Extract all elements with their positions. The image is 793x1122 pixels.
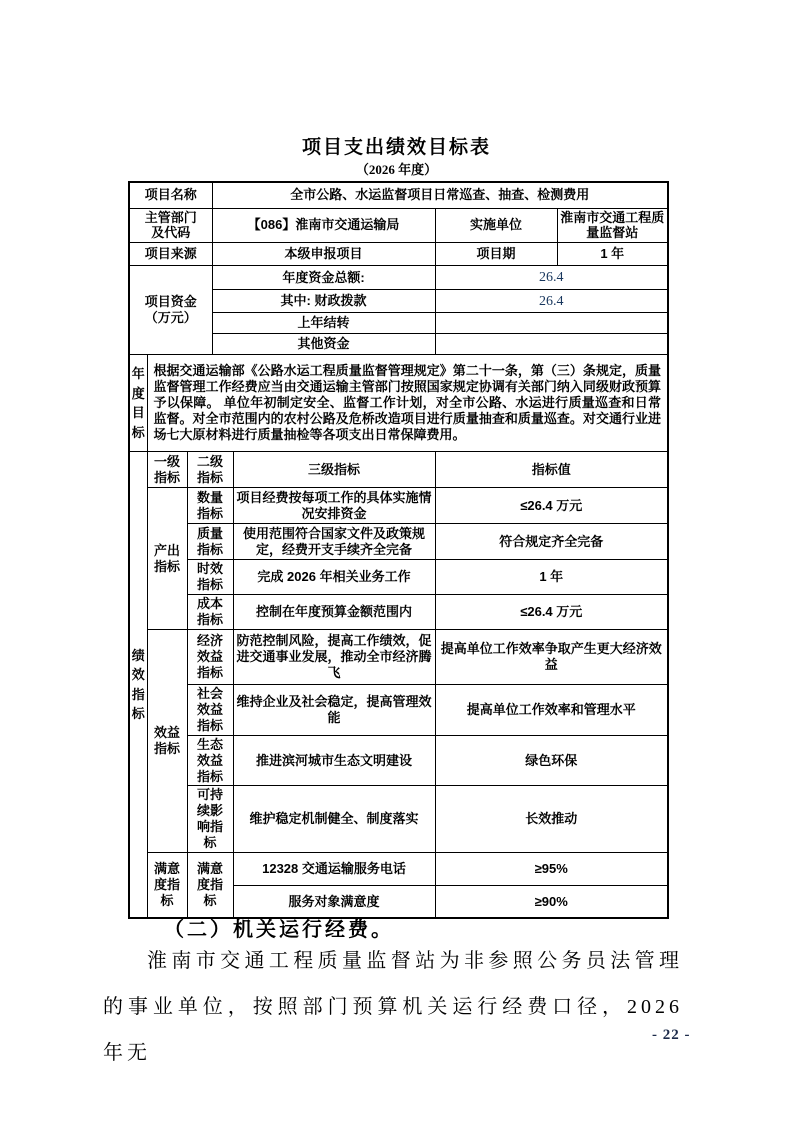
hotline-l3-cell: 12328 交通运输服务电话 [233,852,435,885]
annual-goal-label-cell: 年 度 目 标 [129,355,147,452]
funds-fiscal-value-cell: 26.4 [435,290,668,313]
section-paragraph: 淮南市交通工程质量监督站为非参照公务员法管理的事业单位，按照部门预算机关运行经费… [103,938,683,1076]
funds-total-value-cell: 26.4 [435,266,668,290]
satisfaction-l2-cell: 满意 度指 标 [187,852,233,918]
timeliness-l2-cell: 时效 指标 [187,560,233,595]
economic-value-cell: 提高单位工作效率争取产生更大经济效益 [435,630,668,685]
funds-other-value-cell [435,334,668,355]
quantity-l2-cell: 数量 指标 [187,488,233,524]
quantity-l3-cell: 项目经费按每项工作的具体实施情况安排资金 [233,488,435,524]
sustain-value-cell: 长效推动 [435,786,668,852]
performance-target-table: 项目名称 全市公路、水运监督项目日常巡查、抽查、检测费用 主管部门 及代码 【0… [128,181,669,919]
header-level1-cell: 一级 指标 [147,452,187,488]
economic-l2-cell: 经济 效益 指标 [187,630,233,685]
quality-l3-cell: 使用范围符合国家文件及政策规定，经费开支手续齐全完备 [233,524,435,560]
hotline-value-cell: ≥95% [435,852,668,885]
dept-label-cell: 主管部门 及代码 [129,208,212,243]
page-subtitle: （2026 年度） [0,159,793,178]
ecological-l2-cell: 生态 效益 指标 [187,735,233,786]
page-title: 项目支出绩效目标表 [0,132,793,159]
quality-l2-cell: 质量 指标 [187,524,233,560]
group-output-label-cell: 产出 指标 [147,488,187,630]
social-l3-cell: 维持企业及社会稳定，提高管理效能 [233,685,435,736]
page-number: - 22 - [652,1027,691,1044]
cost-value-cell: ≤26.4 万元 [435,595,668,630]
funds-carryover-value-cell [435,313,668,334]
perf-side-label-cell: 绩 效 指 标 [129,452,147,919]
quality-value-cell: 符合规定齐全完备 [435,524,668,560]
sustain-l2-cell: 可持 续影 响指 标 [187,786,233,852]
funds-total-label-cell: 年度资金总额: [212,266,435,290]
dept-value-cell: 【086】淮南市交通运输局 [212,208,435,243]
group-benefit-label-cell: 效益 指标 [147,630,187,853]
ecological-value-cell: 绿色环保 [435,735,668,786]
social-value-cell: 提高单位工作效率和管理水平 [435,685,668,736]
impl-unit-label-cell: 实施单位 [435,208,557,243]
funds-other-label-cell: 其他资金 [212,334,435,355]
timeliness-value-cell: 1 年 [435,560,668,595]
project-name-label-cell: 项目名称 [129,182,212,208]
funds-fiscal-label-cell: 其中: 财政拨款 [212,290,435,313]
cost-l2-cell: 成本 指标 [187,595,233,630]
annual-goal-text-cell: 根据交通运输部《公路水运工程质量监督管理规定》第二十一条，第（三）条规定，质量监… [147,355,668,452]
source-label-cell: 项目来源 [129,243,212,266]
sat-target-value-cell: ≥90% [435,885,668,918]
period-label-cell: 项目期 [435,243,557,266]
quantity-value-cell: ≤26.4 万元 [435,488,668,524]
header-value-cell: 指标值 [435,452,668,488]
source-value-cell: 本级申报项目 [212,243,435,266]
impl-unit-value-cell: 淮南市交通工程质量监督站 [557,208,668,243]
economic-l3-cell: 防范控制风险，提高工作绩效，促进交通事业发展，推动全市经济腾飞 [233,630,435,685]
sustain-l3-cell: 维护稳定机制健全、制度落实 [233,786,435,852]
ecological-l3-cell: 推进滨河城市生态文明建设 [233,735,435,786]
period-value-cell: 1 年 [557,243,668,266]
cost-l3-cell: 控制在年度预算金额范围内 [233,595,435,630]
funds-carryover-label-cell: 上年结转 [212,313,435,334]
header-level3-cell: 三级指标 [233,452,435,488]
project-name-value-cell: 全市公路、水运监督项目日常巡查、抽查、检测费用 [212,182,668,208]
header-level2-cell: 二级 指标 [187,452,233,488]
social-l2-cell: 社会 效益 指标 [187,685,233,736]
group-satisfaction-label-cell: 满意 度指 标 [147,852,187,918]
timeliness-l3-cell: 完成 2026 年相关业务工作 [233,560,435,595]
funds-label-cell: 项目资金 （万元） [129,266,212,355]
